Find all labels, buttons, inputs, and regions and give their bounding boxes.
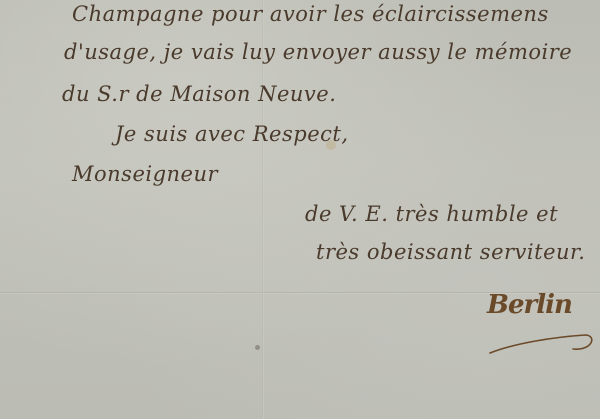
closing-line-1: de V. E. très humble et xyxy=(305,202,558,226)
closing-phrase: Je suis avec Respect, xyxy=(115,122,349,146)
signature: Berlin xyxy=(487,290,572,320)
closing-line-2: très obeissant serviteur. xyxy=(316,240,585,264)
letter-line-3: du S.r de Maison Neuve. xyxy=(62,82,336,106)
salutation-monseigneur: Monseigneur xyxy=(72,162,218,186)
paper-stain xyxy=(255,345,260,350)
letter-line-1: Champagne pour avoir les éclaircissemens xyxy=(72,2,549,26)
letter-page: Champagne pour avoir les éclaircissemens… xyxy=(0,0,600,419)
signature-flourish-icon xyxy=(485,325,595,365)
letter-line-2: d'usage, je vais luy envoyer aussy le mé… xyxy=(64,40,572,64)
